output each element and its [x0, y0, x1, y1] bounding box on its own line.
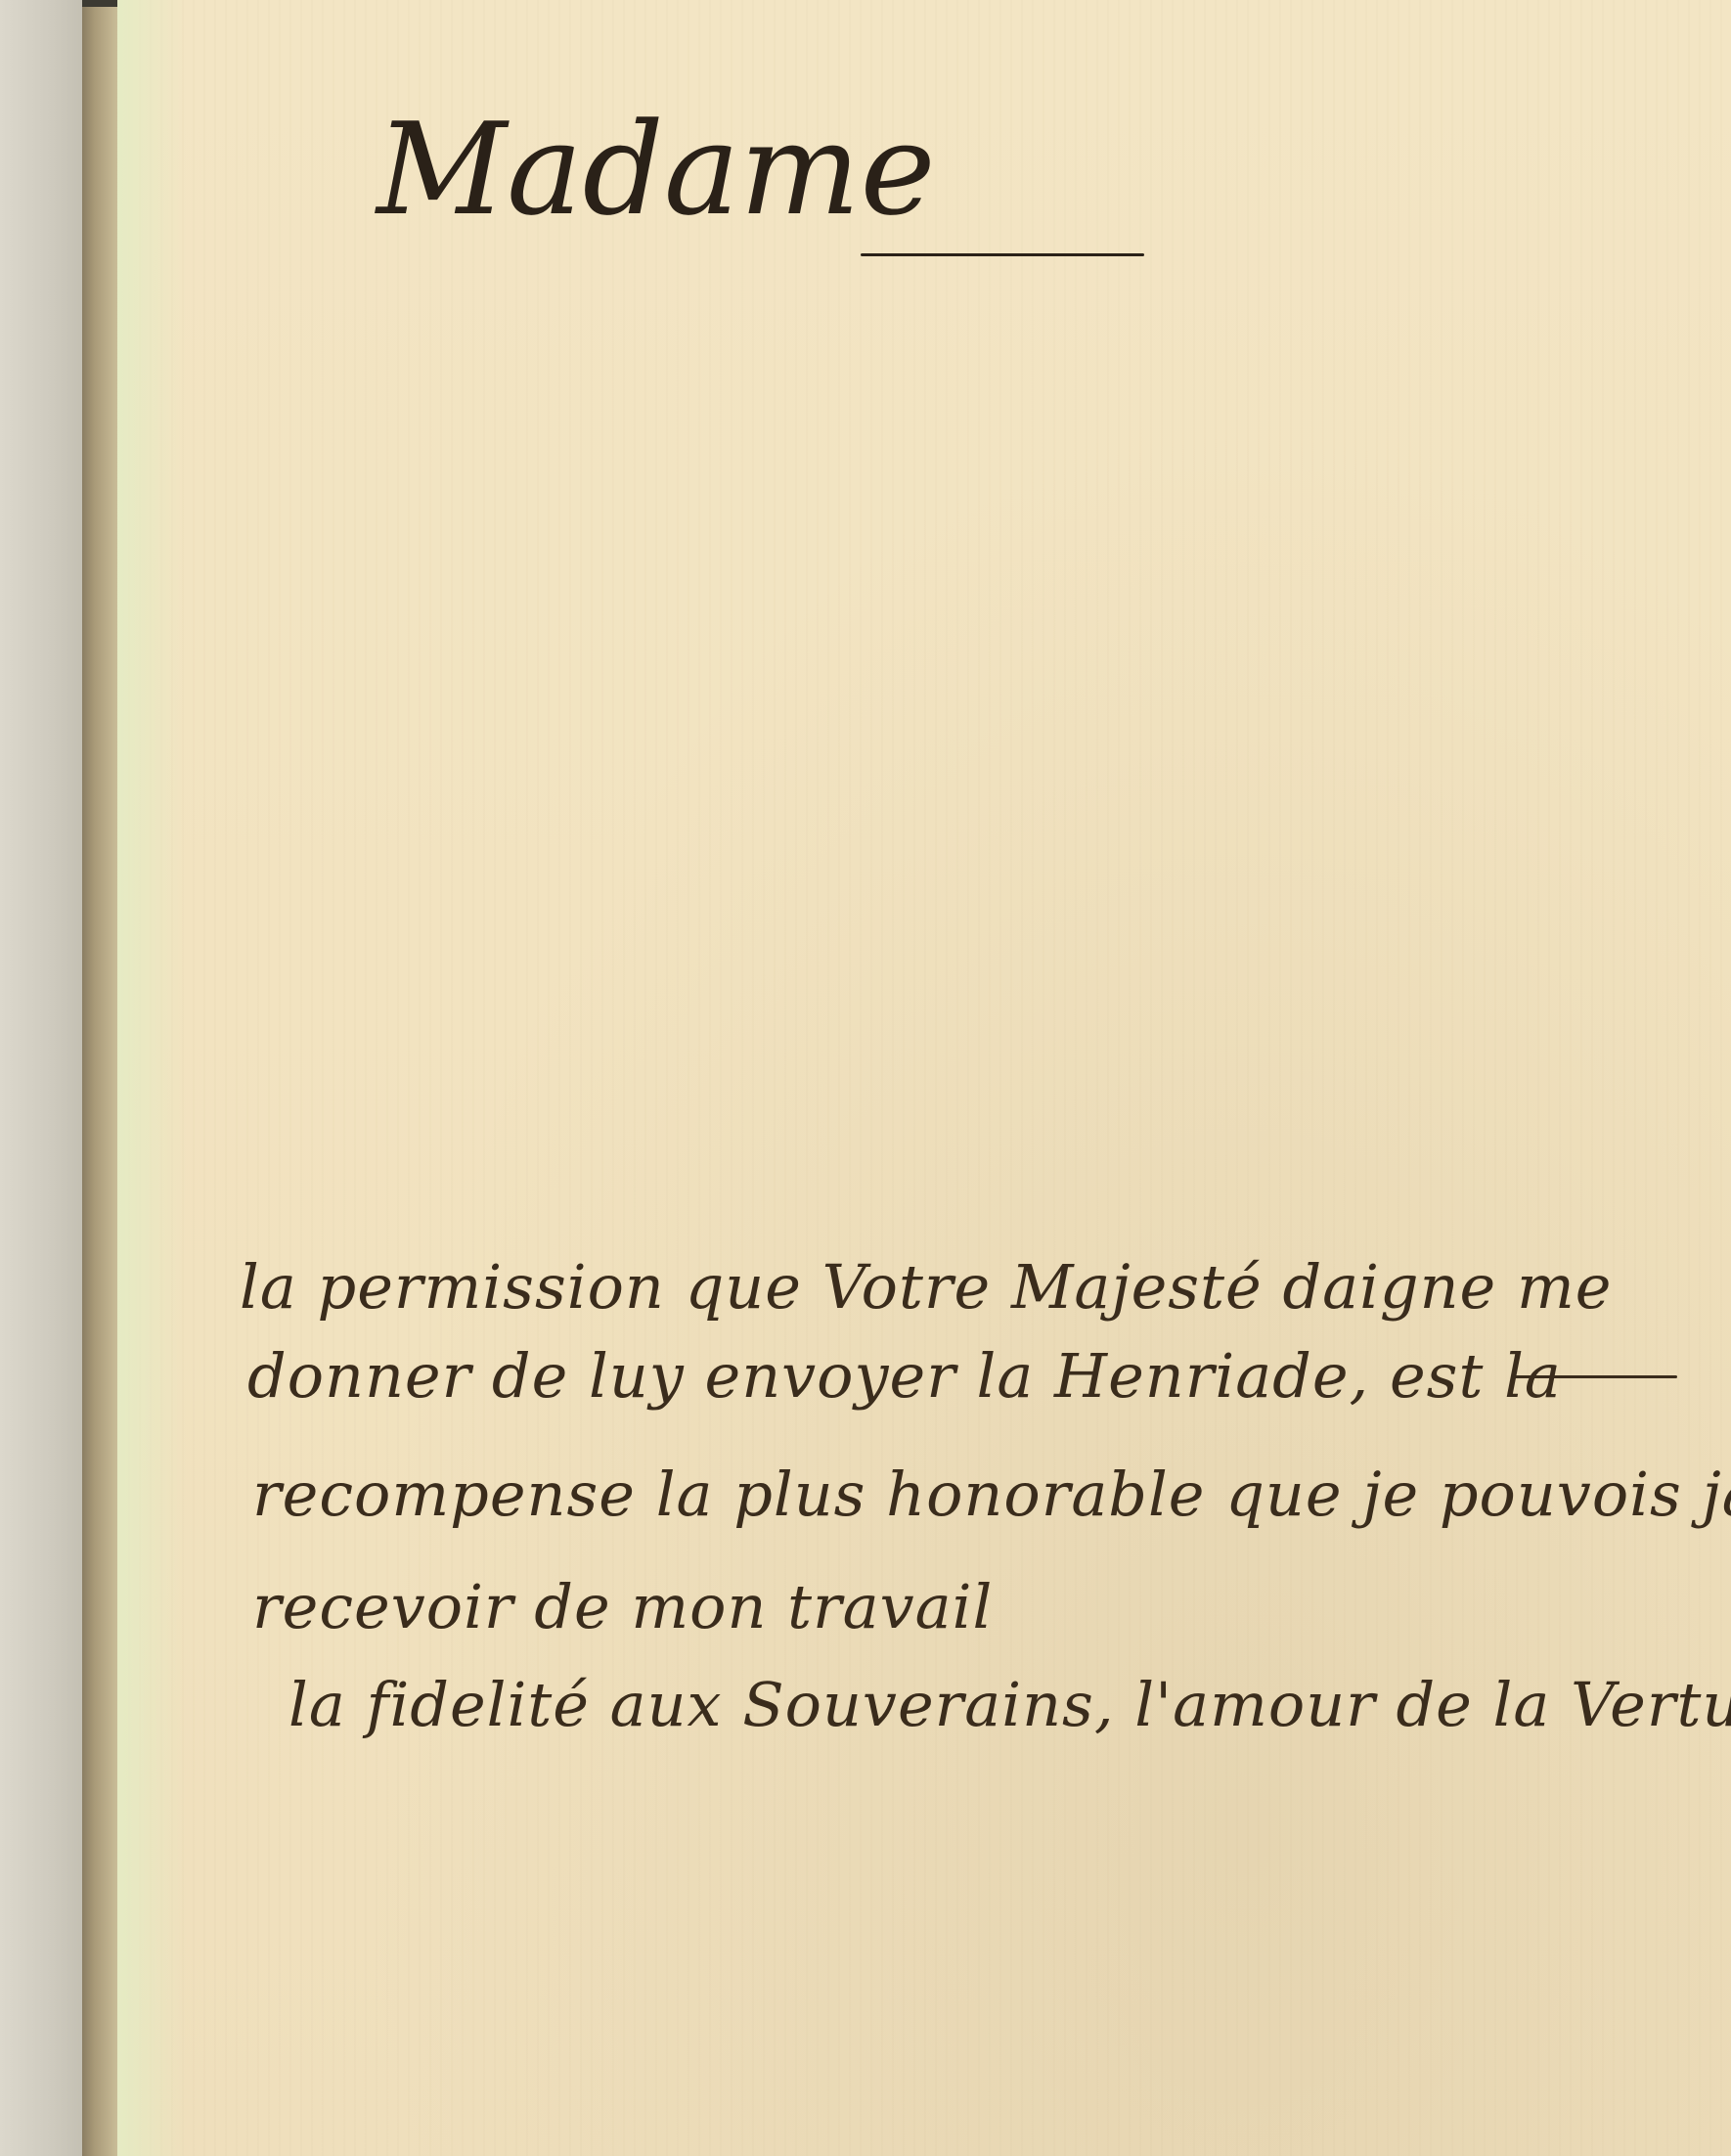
- line-end-flourish: [1511, 1375, 1677, 1378]
- manuscript-line-4: recevoir de mon travail: [252, 1577, 993, 1638]
- facing-page-edge: [0, 0, 82, 2156]
- manuscript-line-3: recompense la plus honorable que je pouv…: [252, 1464, 1731, 1525]
- manuscript-line-5: la fidelité aux Souverains, l'amour de l…: [288, 1675, 1731, 1735]
- manuscript-line-1: la permission que Votre Majesté daigne m…: [240, 1257, 1612, 1318]
- show-through-bleed: [303, 293, 329, 374]
- binding-gutter: [82, 0, 117, 2156]
- manuscript-line-2: donner de luy envoyer la Henriade, est l…: [247, 1346, 1562, 1407]
- salutation-flourish-line: [861, 253, 1144, 256]
- manuscript-page: [117, 0, 1731, 2156]
- salutation-heading: Madame: [377, 106, 936, 233]
